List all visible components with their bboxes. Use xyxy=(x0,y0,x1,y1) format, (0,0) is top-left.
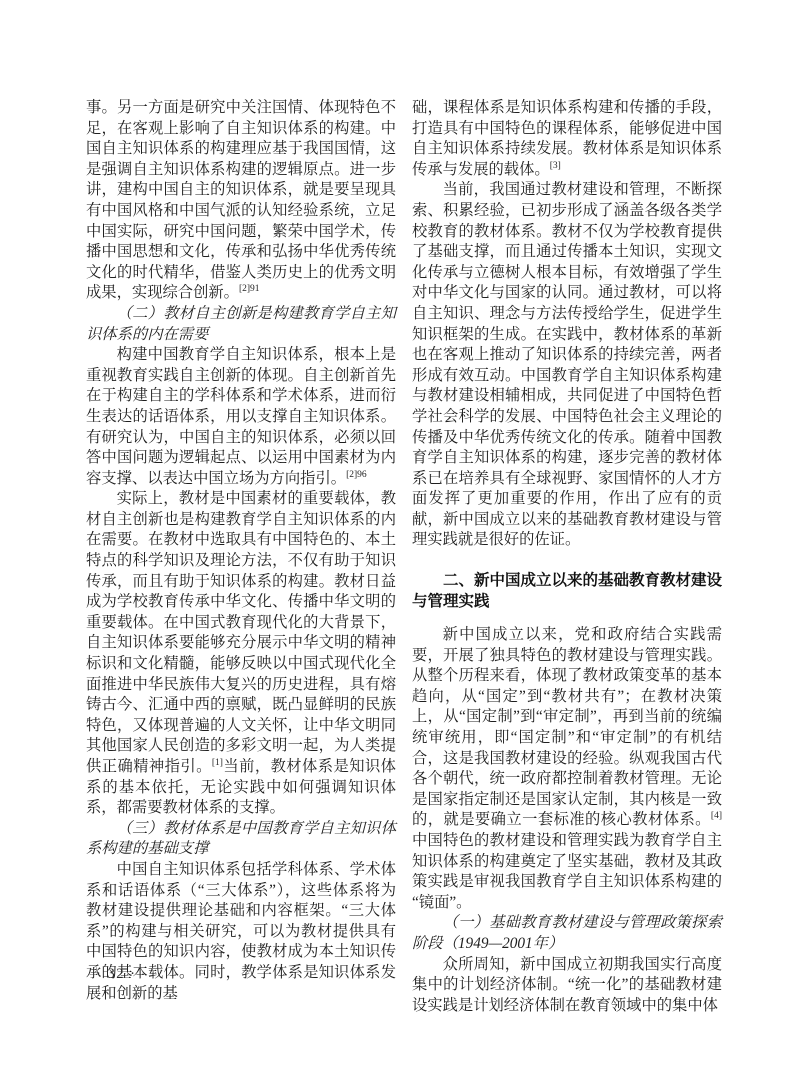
body-paragraph: 当前，我国通过教材建设和管理，不断探索、积累经验，已初步形成了涵盖各级各类学校教… xyxy=(412,180,722,551)
document-page: 事。另一方面是研究中关注国情、体现特色不足，在客观上影响了自主知识体系的构建。中… xyxy=(0,0,800,1077)
body-paragraph-continued: 础，课程体系是知识体系构建和传播的手段，打造具有中国特色的课程体系，能够促进中国… xyxy=(412,98,722,180)
citation-ref: [2]96 xyxy=(346,470,367,480)
text-columns: 事。另一方面是研究中关注国情、体现特色不足，在客观上影响了自主知识体系的构建。中… xyxy=(86,98,722,1016)
subsection-heading: （一）基础教育教材建设与管理政策探索阶段（1949—2001年） xyxy=(412,913,722,954)
left-column: 事。另一方面是研究中关注国情、体现特色不足，在客观上影响了自主知识体系的构建。中… xyxy=(86,98,396,1016)
citation-ref: [4] xyxy=(711,811,722,821)
page-number: · 32 · xyxy=(96,966,136,983)
section-heading: 二、新中国成立以来的基础教育教材建设与管理实践 xyxy=(412,570,722,612)
body-paragraph: 构建中国教育学自主知识体系，根本上是重视教育实践自主创新的体现。自主创新首先在于… xyxy=(86,345,396,489)
body-paragraph: 实际上，教材是中国素材的重要载体，教材自主创新也是构建教育学自主知识体系的内在需… xyxy=(86,489,396,819)
subsection-heading: （二）教材自主创新是构建教育学自主知识体系的内在需要 xyxy=(86,304,396,345)
body-paragraph: 新中国成立以来，党和政府结合实践需要，开展了独具特色的教材建设与管理实践。从整个… xyxy=(412,625,722,913)
citation-ref: [3] xyxy=(550,161,561,171)
body-paragraph: 众所周知，新中国成立初期我国实行高度集中的计划经济体制。“统一化”的基础教材建设… xyxy=(412,955,722,1017)
body-paragraph-continued: 事。另一方面是研究中关注国情、体现特色不足，在客观上影响了自主知识体系的构建。中… xyxy=(86,98,396,304)
subsection-heading: （三）教材体系是中国教育学自主知识体系构建的基础支撑 xyxy=(86,819,396,860)
citation-ref: [1] xyxy=(212,758,223,768)
citation-ref: [2]91 xyxy=(239,284,260,294)
right-column: 础，课程体系是知识体系构建和传播的手段，打造具有中国特色的课程体系，能够促进中国… xyxy=(412,98,722,1016)
